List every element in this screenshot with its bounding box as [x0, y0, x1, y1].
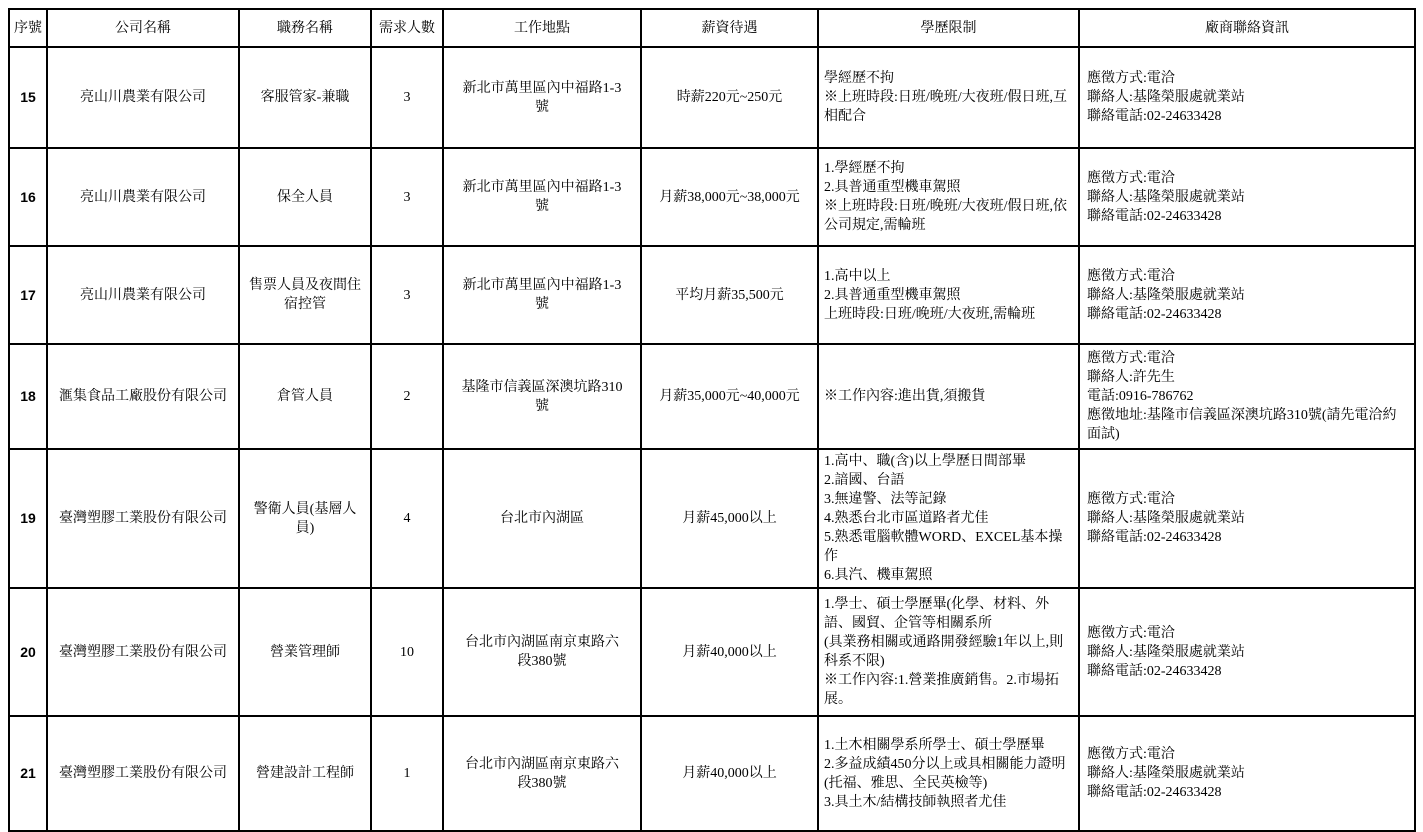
headcount-cell: 2: [371, 344, 443, 449]
job-row: 21 臺灣塑膠工業股份有限公司 營建設計工程師 1 台北市內湖區南京東路六段38…: [9, 716, 1415, 831]
header-location: 工作地點: [443, 9, 641, 47]
job-row: 16 亮山川農業有限公司 保全人員 3 新北市萬里區內中福路1-3號 月薪38,…: [9, 148, 1415, 246]
location-cell: 台北市內湖區: [443, 449, 641, 588]
serial-cell: 18: [9, 344, 47, 449]
serial-cell: 17: [9, 246, 47, 344]
contact-cell: 應徵方式:電洽 聯絡人:基隆榮服處就業站 聯絡電話:02-24633428: [1079, 588, 1415, 716]
contact-cell: 應徵方式:電洽 聯絡人:基隆榮服處就業站 聯絡電話:02-24633428: [1079, 148, 1415, 246]
education-cell: 1.土木相關學系所學士、碩士學歷畢 2.多益成績450分以上或具相關能力證明(托…: [818, 716, 1079, 831]
company-cell: 亮山川農業有限公司: [47, 246, 239, 344]
job-title-cell: 營建設計工程師: [239, 716, 371, 831]
header-contact: 廠商聯絡資訊: [1079, 9, 1415, 47]
contact-cell: 應徵方式:電洽 聯絡人:基隆榮服處就業站 聯絡電話:02-24633428: [1079, 449, 1415, 588]
salary-cell: 月薪40,000以上: [641, 588, 818, 716]
education-cell: 1.學士、碩士學歷畢(化學、材料、外語、國貿、企管等相關系所 (具業務相關或通路…: [818, 588, 1079, 716]
salary-cell: 月薪40,000以上: [641, 716, 818, 831]
job-title-cell: 售票人員及夜間住宿控管: [239, 246, 371, 344]
company-cell: 亮山川農業有限公司: [47, 148, 239, 246]
salary-cell: 時薪220元~250元: [641, 47, 818, 148]
job-title-cell: 保全人員: [239, 148, 371, 246]
location-cell: 新北市萬里區內中福路1-3號: [443, 148, 641, 246]
job-row: 19 臺灣塑膠工業股份有限公司 警衛人員(基層人員) 4 台北市內湖區 月薪45…: [9, 449, 1415, 588]
headcount-cell: 4: [371, 449, 443, 588]
serial-cell: 20: [9, 588, 47, 716]
header-serial: 序號: [9, 9, 47, 47]
education-cell: ※工作內容:進出貨,須搬貨: [818, 344, 1079, 449]
serial-cell: 19: [9, 449, 47, 588]
location-cell: 台北市內湖區南京東路六段380號: [443, 716, 641, 831]
job-row: 20 臺灣塑膠工業股份有限公司 營業管理師 10 台北市內湖區南京東路六段380…: [9, 588, 1415, 716]
header-company: 公司名稱: [47, 9, 239, 47]
education-cell: 1.學經歷不拘 2.具普通重型機車駕照 ※上班時段:日班/晚班/大夜班/假日班,…: [818, 148, 1079, 246]
job-row: 18 滙集食品工廠股份有限公司 倉管人員 2 基隆市信義區深澳坑路310號 月薪…: [9, 344, 1415, 449]
company-cell: 亮山川農業有限公司: [47, 47, 239, 148]
company-cell: 滙集食品工廠股份有限公司: [47, 344, 239, 449]
location-cell: 新北市萬里區內中福路1-3號: [443, 246, 641, 344]
headcount-cell: 10: [371, 588, 443, 716]
company-cell: 臺灣塑膠工業股份有限公司: [47, 716, 239, 831]
job-title-cell: 營業管理師: [239, 588, 371, 716]
document-page: 序號 公司名稱 職務名稱 需求人數 工作地點 薪資待遇 學歷限制 廠商聯絡資訊 …: [0, 0, 1423, 817]
job-title-cell: 警衛人員(基層人員): [239, 449, 371, 588]
serial-cell: 16: [9, 148, 47, 246]
salary-cell: 月薪38,000元~38,000元: [641, 148, 818, 246]
serial-cell: 21: [9, 716, 47, 831]
contact-cell: 應徵方式:電洽 聯絡人:基隆榮服處就業站 聯絡電話:02-24633428: [1079, 246, 1415, 344]
job-listing-table: 序號 公司名稱 職務名稱 需求人數 工作地點 薪資待遇 學歷限制 廠商聯絡資訊 …: [8, 8, 1416, 832]
location-cell: 新北市萬里區內中福路1-3號: [443, 47, 641, 148]
education-cell: 1.高中以上 2.具普通重型機車駕照 上班時段:日班/晚班/大夜班,需輪班: [818, 246, 1079, 344]
headcount-cell: 3: [371, 246, 443, 344]
headcount-cell: 3: [371, 148, 443, 246]
contact-cell: 應徵方式:電洽 聯絡人:許先生 電話:0916-786762 應徵地址:基隆市信…: [1079, 344, 1415, 449]
header-headcount: 需求人數: [371, 9, 443, 47]
headcount-cell: 3: [371, 47, 443, 148]
job-row: 17 亮山川農業有限公司 售票人員及夜間住宿控管 3 新北市萬里區內中福路1-3…: [9, 246, 1415, 344]
header-row: 序號 公司名稱 職務名稱 需求人數 工作地點 薪資待遇 學歷限制 廠商聯絡資訊: [9, 9, 1415, 47]
company-cell: 臺灣塑膠工業股份有限公司: [47, 449, 239, 588]
location-cell: 台北市內湖區南京東路六段380號: [443, 588, 641, 716]
header-education: 學歷限制: [818, 9, 1079, 47]
salary-cell: 平均月薪35,500元: [641, 246, 818, 344]
contact-cell: 應徵方式:電洽 聯絡人:基隆榮服處就業站 聯絡電話:02-24633428: [1079, 716, 1415, 831]
education-cell: 學經歷不拘 ※上班時段:日班/晚班/大夜班/假日班,互相配合: [818, 47, 1079, 148]
serial-cell: 15: [9, 47, 47, 148]
header-salary: 薪資待遇: [641, 9, 818, 47]
contact-cell: 應徵方式:電洽 聯絡人:基隆榮服處就業站 聯絡電話:02-24633428: [1079, 47, 1415, 148]
job-title-cell: 倉管人員: [239, 344, 371, 449]
headcount-cell: 1: [371, 716, 443, 831]
education-cell: 1.高中、職(含)以上學歷日間部畢 2.諳國、台語 3.無違警、法等記錄 4.熟…: [818, 449, 1079, 588]
salary-cell: 月薪35,000元~40,000元: [641, 344, 818, 449]
job-title-cell: 客服管家-兼職: [239, 47, 371, 148]
salary-cell: 月薪45,000以上: [641, 449, 818, 588]
header-job-title: 職務名稱: [239, 9, 371, 47]
location-cell: 基隆市信義區深澳坑路310號: [443, 344, 641, 449]
job-row: 15 亮山川農業有限公司 客服管家-兼職 3 新北市萬里區內中福路1-3號 時薪…: [9, 47, 1415, 148]
company-cell: 臺灣塑膠工業股份有限公司: [47, 588, 239, 716]
